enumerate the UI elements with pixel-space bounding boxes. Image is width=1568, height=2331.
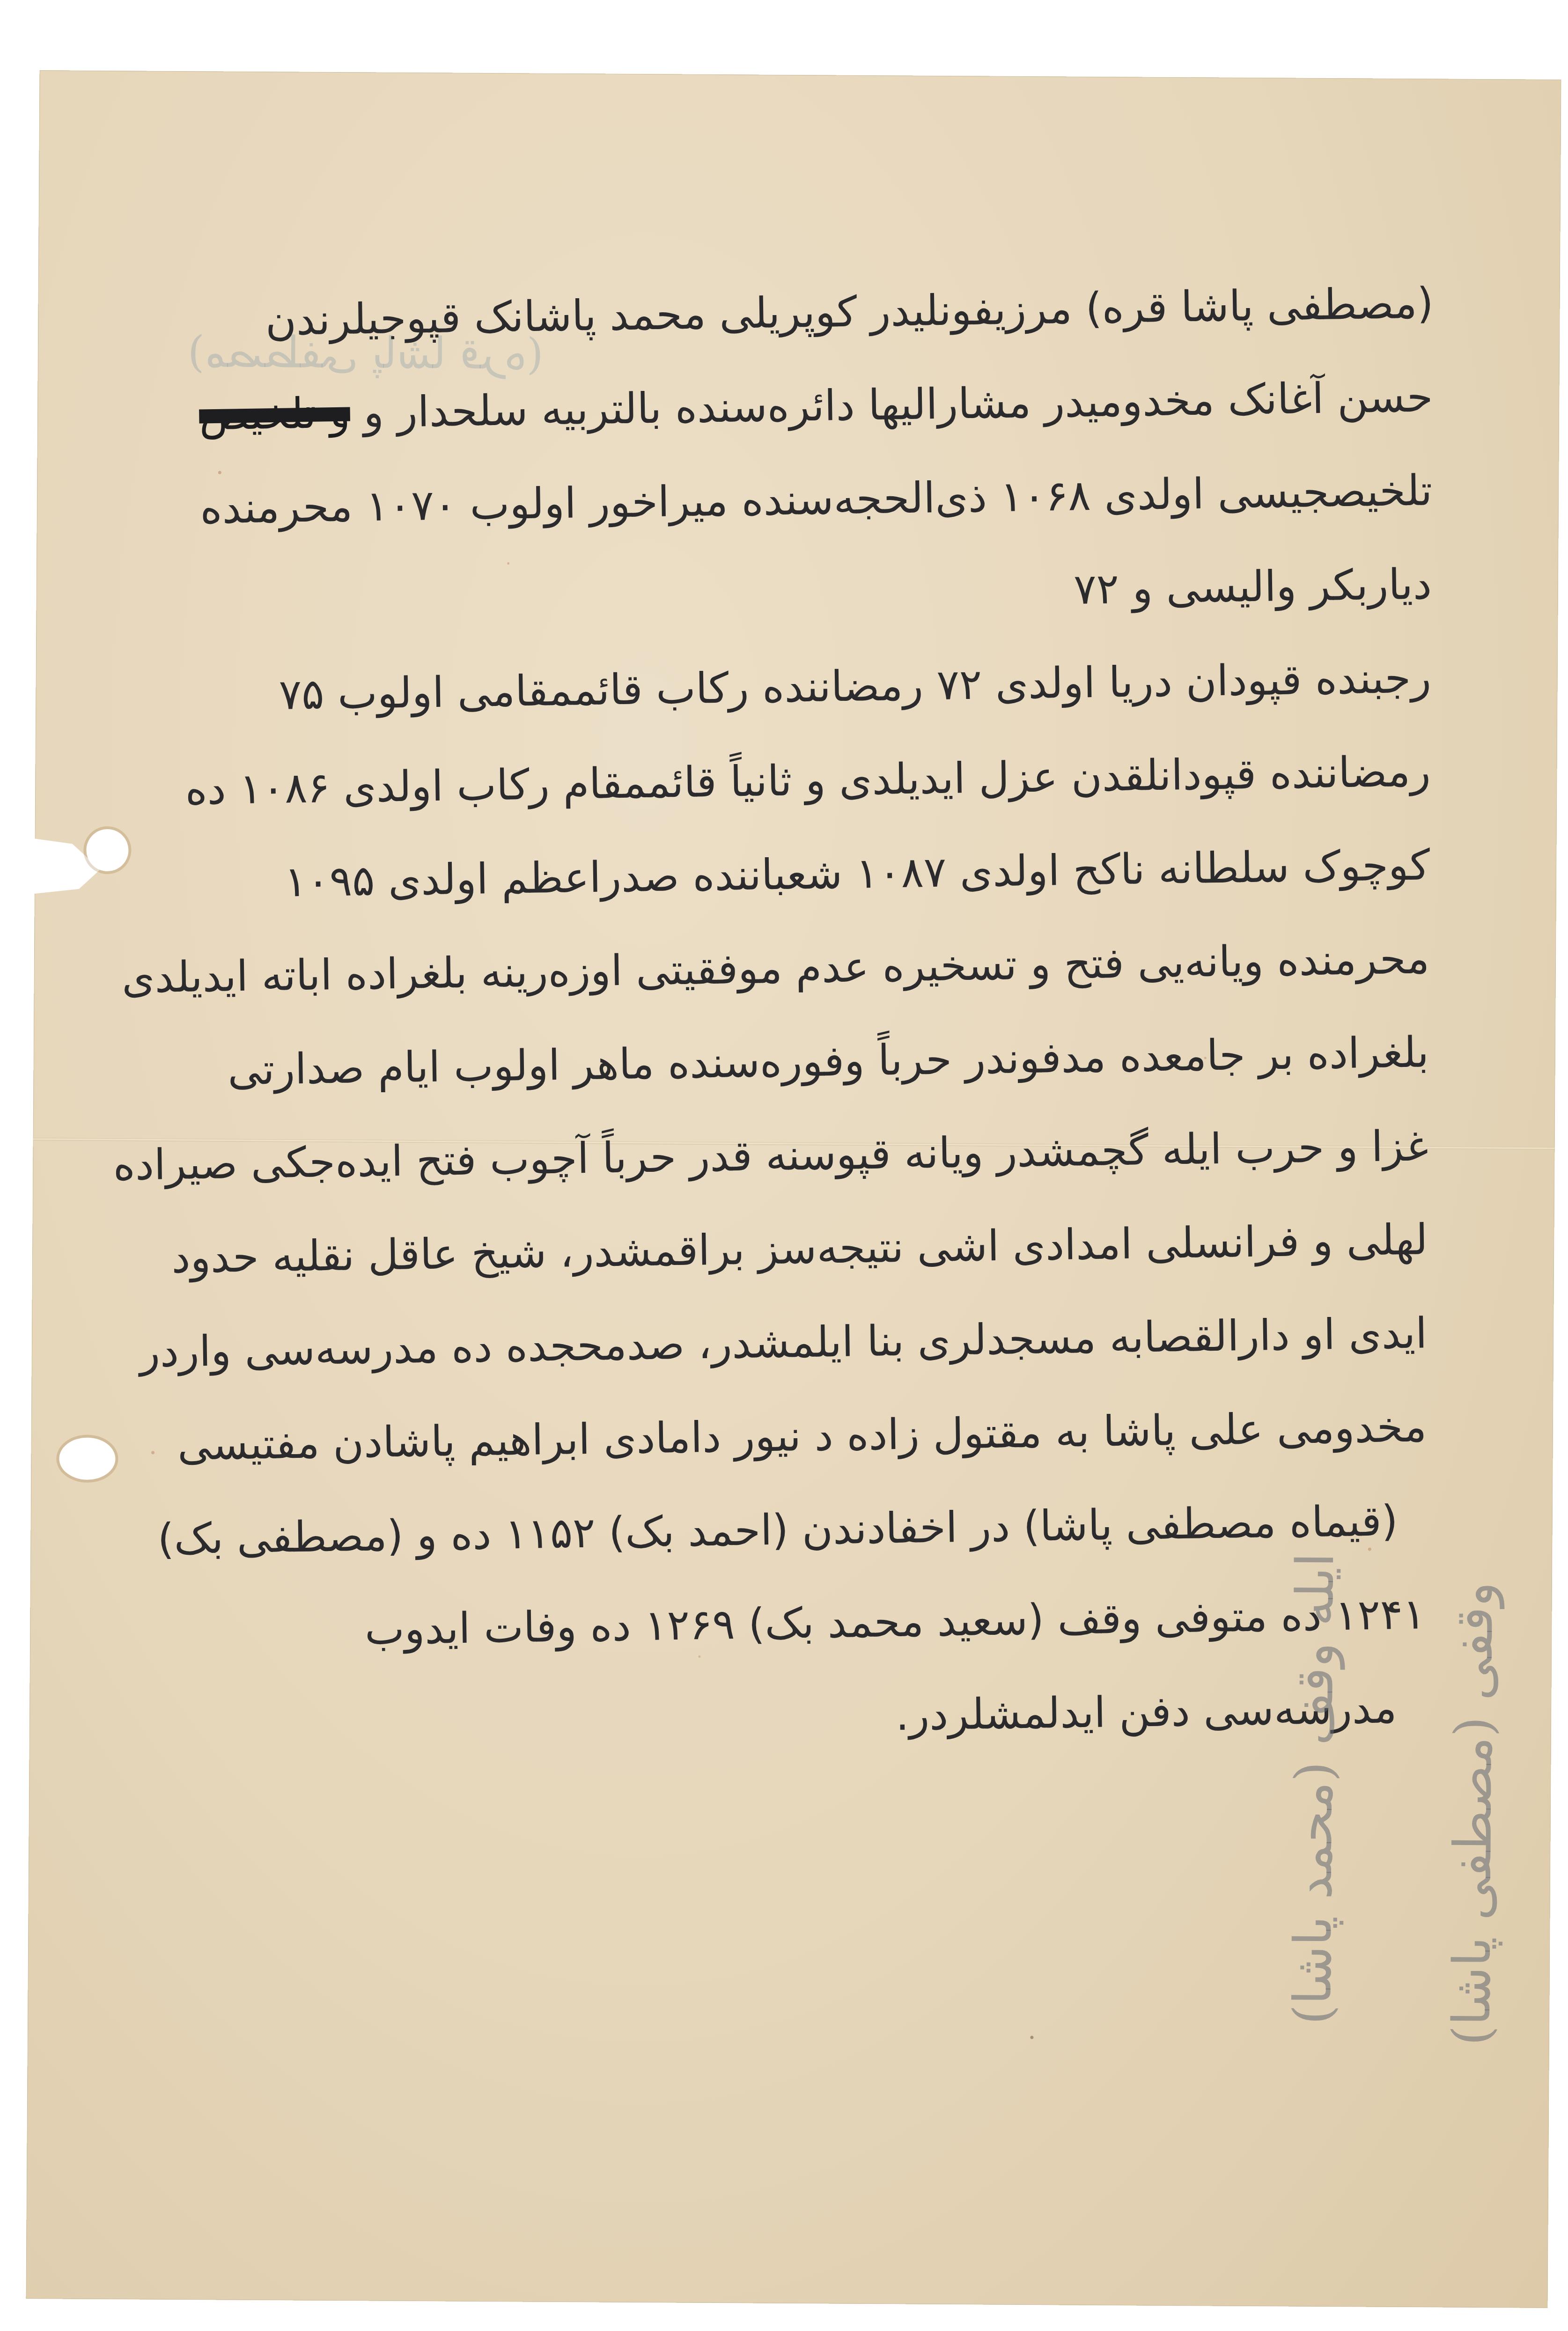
text-line-8: محرمنده ویانه‌یی فتح و تسخیره عدم موفقیت… (230, 912, 1430, 1023)
text-line-13: مخدومی علی پاشا به مقتول زاده د نیور دام… (228, 1380, 1428, 1492)
manuscript-body: (مصطفی پاشا قره) مرزیفونلیدر کوپریلی محم… (226, 250, 1434, 1755)
text-line-2-body: حسن آغانک مخدومیدر مشارالیها دائره‌سنده … (363, 372, 1434, 437)
text-line-7: کوچوک سلطانه ناکح اولدی ۱۰۸۷ شعباننده صد… (231, 818, 1431, 930)
margin-note-2: (مصطفی پاشا) وقفی (1442, 1582, 1504, 2046)
text-line-3: تلخیصجیسی اولدی ۱۰۶۸ ذی‌الحجه‌سنده میراخ… (233, 444, 1433, 555)
text-line-12: ایدی او دارالقصابه مسجدلری بنا ایلمشدر، … (228, 1287, 1428, 1398)
text-line-5: رجبنده قپودان دریا اولدی ۷۲ رمضاننده رکا… (232, 631, 1432, 743)
text-line-1: (مصطفی پاشا قره) مرزیفونلیدر کوپریلی محم… (234, 257, 1434, 368)
manuscript-sheet: (مصطفی پاشا قره) (مصطفی پاشا قره) مرزیفو… (26, 70, 1561, 2308)
margin-pencil-notes: (محمد پاشا) ایله وقف (مصطفی پاشا) وقفی (1244, 1552, 1568, 2303)
text-line-16: مدرسه‌سی دفن ایدلمشلردر. (226, 1661, 1426, 1772)
crossed-out-word: و تلخیص (199, 389, 351, 440)
punch-hole-lower (59, 1437, 116, 1480)
text-line-6: رمضاننده قپودانلقدن عزل ایدیلدی و ثانیاً… (231, 725, 1431, 836)
text-line-4: دیاربکر والیسی و ۷۲ (233, 537, 1433, 649)
margin-note-1: (محمد پاشا) ایله وقف (1282, 1552, 1345, 2025)
punch-hole-upper (86, 829, 129, 872)
text-line-2: حسن آغانک مخدومیدر مشارالیها دائره‌سنده … (234, 350, 1434, 462)
text-line-15: ۱۲۴۱ ده متوفی وقف (سعید محمد بک) ۱۲۶۹ ده… (226, 1567, 1426, 1679)
text-line-9: بلغراده بر جامعده مدفوندر حرباً وفوره‌سن… (230, 1006, 1430, 1117)
text-line-10: غزا و حرب ایله گچمشدر ویانه قپوسنه قدر ح… (229, 1099, 1429, 1211)
text-line-11: لهلی و فرانسلی امدادی اشی نتیجه‌سز براقم… (228, 1193, 1428, 1304)
text-line-14: (قیماه مصطفی پاشا) در اخفادندن (احمد بک)… (227, 1474, 1427, 1585)
